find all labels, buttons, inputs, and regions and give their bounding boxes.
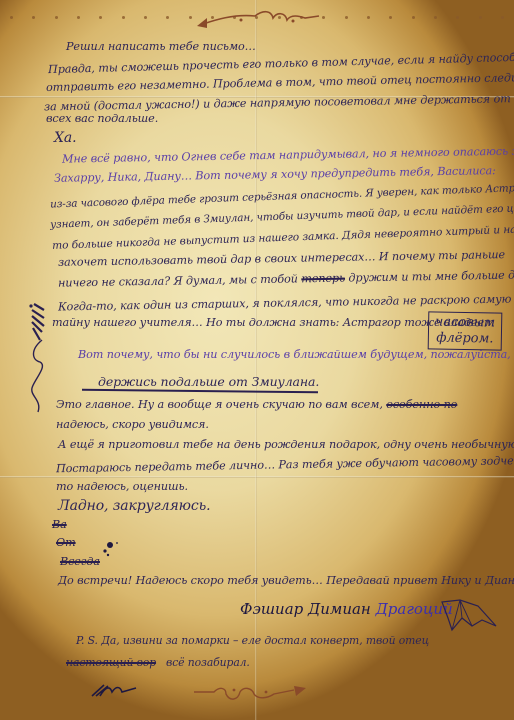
top-ornament-icon	[195, 6, 325, 30]
boxed-phrase: часовым флёром.	[428, 311, 503, 350]
ink-blot-icon	[100, 540, 122, 560]
letter-line: А ещё я приготовил тебе на день рождения…	[58, 438, 514, 451]
emphasized-line: держись подальше от Змиулана.	[98, 374, 319, 389]
scribble-icon	[90, 682, 140, 698]
letter-line: До встречи! Надеюсь скоро тебя увидеть… …	[58, 574, 514, 587]
signature: Фэшиар Димиан Драгоций	[240, 600, 453, 618]
letter-line: Ладно, закругляюсь.	[58, 498, 210, 514]
letter-line: Постараюсь передать тебе лично… Раз тебя…	[56, 454, 514, 476]
crossed-out-word: настоящий вор	[66, 656, 156, 669]
letter-line: ничего не сказала? Я думал, мы с тобой т…	[58, 267, 514, 289]
bottom-ornament-icon	[190, 682, 310, 704]
crossed-out-word: От	[56, 536, 76, 549]
letter-line: захочет использовать твой дар в своих ин…	[58, 248, 505, 269]
letter-line: всех вас подальше.	[46, 112, 158, 125]
fold-line	[0, 476, 514, 478]
letter-line: Это главное. Ну а вообще я очень скучаю …	[56, 398, 457, 411]
ink-flourish-icon	[28, 300, 50, 420]
letter-line: за мной (достал ужасно!) и даже напрямую…	[44, 92, 514, 114]
crossed-out-word: Ва	[52, 518, 67, 531]
letter-page: Решил написать тебе письмо… Правда, ты с…	[0, 0, 514, 720]
letter-line: Вот почему, что бы ни случилось в ближай…	[78, 348, 511, 361]
crossed-out-word: Всегда	[60, 555, 100, 568]
crossed-out-word: особенно по	[386, 398, 457, 411]
letter-line: Захарру, Ника, Диану… Вот почему я хочу …	[54, 164, 496, 185]
postscript-line: настоящий вор всё позабирал.	[66, 656, 250, 669]
letter-line: Решил написать тебе письмо…	[66, 40, 256, 53]
underline	[82, 389, 318, 393]
letter-line: отправить его незаметно. Проблема в том,…	[46, 71, 514, 94]
bat-wing-icon	[438, 596, 502, 636]
letter-line: Мне всё равно, что Огнев себе там наприд…	[62, 143, 514, 165]
letter-line: Ха.	[54, 130, 76, 146]
letter-line: то надеюсь, оценишь.	[56, 480, 188, 493]
postscript-line: P. S. Да, извини за помарки – еле достал…	[76, 634, 429, 647]
crossed-out-word: теперь	[301, 272, 345, 286]
letter-line: Когда-то, как один из старших, я поклялс…	[58, 292, 514, 314]
letter-line: надеюсь, скоро увидимся.	[56, 418, 209, 431]
